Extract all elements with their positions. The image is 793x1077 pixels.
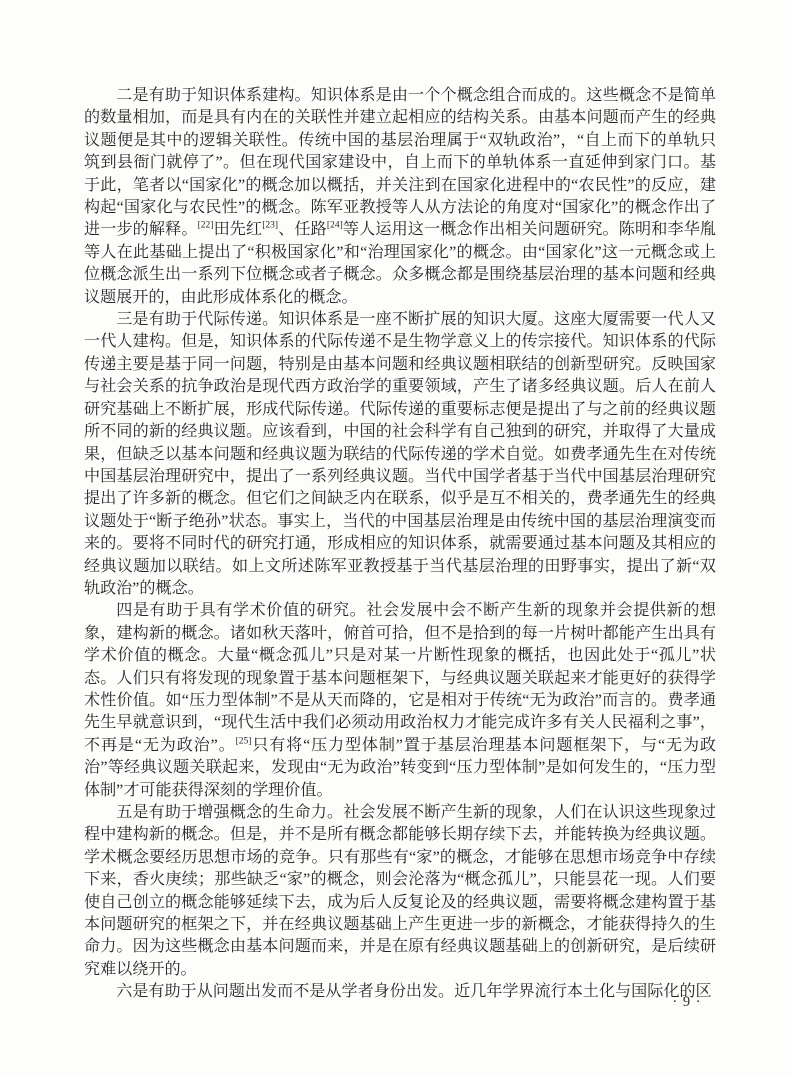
footnote-ref: [22]: [198, 221, 214, 231]
text-run: 四是有助于具有学术价值的研究。社会发展中会不断产生新的现象并会提供新的想象，建构…: [84, 602, 716, 753]
text-run: 二是有助于知识体系建构。知识体系是由一个个概念组合而成的。这些概念不是简单的数量…: [84, 87, 716, 238]
text-run: 田先红: [213, 221, 262, 238]
para-fourth-point-academic-value: 四是有助于具有学术价值的研究。社会发展中会不断产生新的现象并会提供新的想象，建构…: [84, 600, 716, 802]
para-sixth-point-problem-oriented: 六是有助于从问题出发而不是从学者身份出发。近几年学界流行本土化与国际化的区: [84, 981, 716, 1003]
footnote-ref: [23]: [262, 221, 278, 231]
text-run: 六是有助于从问题出发而不是从学者身份出发。近几年学界流行本土化与国际化的区: [116, 983, 711, 1000]
para-third-point-intergenerational-transmission: 三是有助于代际传递。知识体系是一座不断扩展的知识大厦。这座大厦需要一代人又一代人…: [84, 309, 716, 600]
para-second-point-knowledge-system: 二是有助于知识体系建构。知识体系是由一个个概念组合而成的。这些概念不是简单的数量…: [84, 85, 716, 309]
text-run: 三是有助于代际传递。知识体系是一座不断扩展的知识大厦。这座大厦需要一代人又一代人…: [84, 311, 716, 597]
footnote-ref: [25]: [236, 736, 252, 746]
page-number: · 9 ·: [662, 994, 712, 1011]
text-run: 、任路: [278, 221, 327, 238]
para-fifth-point-concept-vitality: 五是有助于增强概念的生命力。社会发展不断产生新的现象，人们在认识这些现象过程中建…: [84, 802, 716, 981]
body-text: 二是有助于知识体系建构。知识体系是由一个个概念组合而成的。这些概念不是简单的数量…: [84, 85, 716, 1004]
document-page: 二是有助于知识体系建构。知识体系是由一个个概念组合而成的。这些概念不是简单的数量…: [0, 0, 793, 1077]
text-run: 五是有助于增强概念的生命力。社会发展不断产生新的现象，人们在认识这些现象过程中建…: [84, 804, 716, 978]
footnote-ref: [24]: [327, 221, 343, 231]
